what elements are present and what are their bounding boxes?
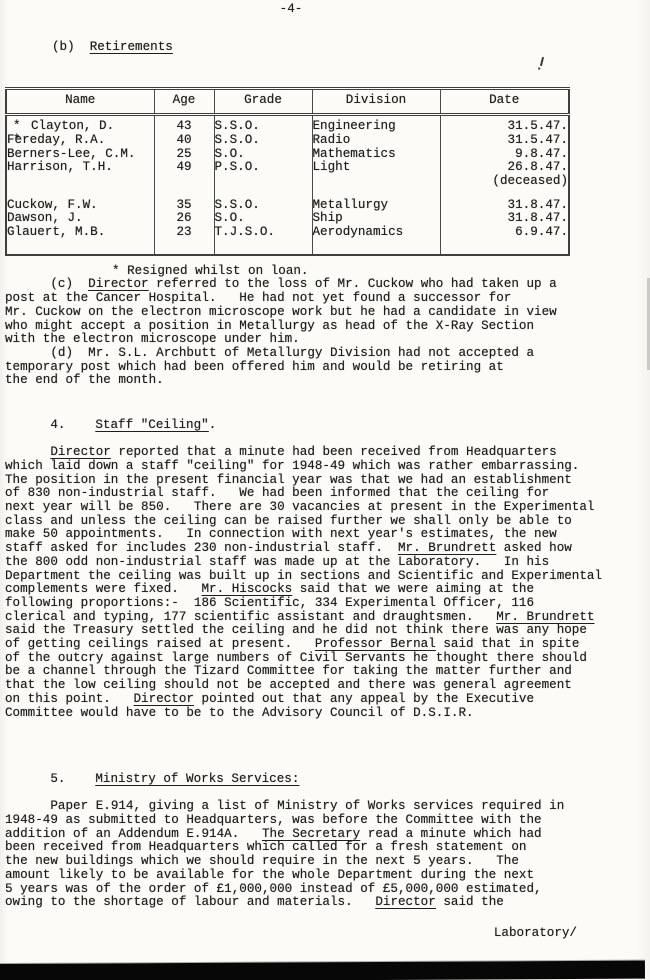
col-header-name: Name	[6, 89, 154, 115]
paragraph-d: (d) Mr. S.L. Archbutt of Metallurgy Divi…	[5, 347, 650, 388]
cell-grade: S.O.	[214, 212, 312, 226]
name-text: Harrison, T.H.	[7, 160, 113, 174]
cell-date: 31.5.47.	[440, 134, 569, 148]
table-row: *Fereday, R.A. 40 S.S.O. Radio 31.5.47.	[6, 134, 569, 148]
cell-division: Light	[312, 161, 440, 188]
section-4-paragraph: Director reported that a minute had been…	[5, 446, 650, 720]
name-text: Dawson, J.	[7, 211, 83, 225]
cell-age: 49	[154, 161, 214, 188]
section-4-number: 4.	[50, 419, 95, 433]
name-text: Cuckow, F.W.	[7, 198, 98, 212]
cell-age: 40	[154, 134, 214, 148]
section-5-number: 5.	[50, 773, 95, 787]
cell-grade: P.S.O.	[214, 161, 312, 188]
table-row: Cuckow, F.W. 35 S.S.O. Metallurgy 31.8.4…	[6, 189, 569, 213]
table-row: Berners-Lee, C.M. 25 S.O. Mathematics 9.…	[6, 148, 569, 162]
footnote-mark: *	[13, 120, 21, 134]
table-header-row: Name Age Grade Division Date	[6, 89, 569, 115]
cell-date: 6.9.47.	[440, 226, 569, 255]
cell-age: 35	[154, 189, 214, 213]
cell-age: 25	[154, 148, 214, 162]
cell-division: Engineering	[312, 115, 440, 134]
cell-date: 26.8.47. (deceased)	[440, 161, 569, 188]
name-text: Berners-Lee, C.M.	[7, 147, 135, 161]
section-b-label: (b)	[52, 40, 75, 54]
retirements-table: Name Age Grade Division Date *Clayton, D…	[5, 87, 570, 255]
document-page: -4- (b)Retirements Name Age Grade Divisi…	[0, 0, 650, 980]
cell-grade: S.S.O.	[214, 115, 312, 134]
scan-bottom-bar	[0, 961, 645, 980]
col-header-age: Age	[154, 89, 214, 115]
cell-date: 9.8.47.	[440, 148, 569, 162]
table-row: Harrison, T.H. 49 P.S.O. Light 26.8.47. …	[6, 161, 569, 188]
section-4-heading: 4.Staff "Ceiling".	[5, 405, 650, 446]
table-row: Glauert, M.B. 23 T.J.S.O. Aerodynamics 6…	[6, 226, 569, 255]
cell-age: 26	[154, 212, 214, 226]
cell-name: *Clayton, D.	[6, 115, 154, 134]
cell-name: Cuckow, F.W.	[6, 189, 154, 213]
footnote-mark: *	[13, 134, 21, 148]
table-row: *Clayton, D. 43 S.S.O. Engineering 31.5.…	[6, 115, 569, 134]
cell-name: Harrison, T.H.	[6, 161, 154, 188]
section-4-title-suffix: .	[209, 418, 217, 432]
col-header-date: Date	[440, 89, 569, 115]
catchword: Laboratory/	[5, 927, 617, 941]
cell-division: Radio	[312, 134, 440, 148]
page-content: -4- (b)Retirements Name Age Grade Divisi…	[5, 0, 650, 941]
section-5-title: Ministry of Works Services:	[95, 772, 299, 786]
cell-division: Ship	[312, 212, 440, 226]
cell-division: Metallurgy	[312, 189, 440, 213]
table-row: Dawson, J. 26 S.O. Ship 31.8.47.	[6, 212, 569, 226]
cell-name: Dawson, J.	[6, 212, 154, 226]
col-header-grade: Grade	[214, 89, 312, 115]
section-b-title: Retirements	[90, 40, 173, 54]
section-b-heading: (b)Retirements	[52, 41, 650, 55]
cell-date: 31.8.47.	[440, 212, 569, 226]
page-number: -4-	[5, 0, 577, 17]
paragraph-c: (c) Director referred to the loss of Mr.…	[5, 278, 650, 347]
cell-name: Berners-Lee, C.M.	[6, 148, 154, 162]
section-5-heading: 5.Ministry of Works Services:	[5, 759, 650, 800]
cell-division: Aerodynamics	[312, 226, 440, 255]
cell-date: 31.8.47.	[440, 189, 569, 213]
cell-name: *Fereday, R.A.	[6, 134, 154, 148]
table-footnote: * Resigned whilst on loan.	[112, 265, 650, 279]
cell-name: Glauert, M.B.	[6, 226, 154, 255]
cell-grade: S.S.O.	[214, 134, 312, 148]
cell-age: 43	[154, 115, 214, 134]
cell-grade: T.J.S.O.	[214, 226, 312, 255]
cell-division: Mathematics	[312, 148, 440, 162]
name-text: Glauert, M.B.	[7, 225, 105, 239]
section-5-paragraph: Paper E.914, giving a list of Ministry o…	[5, 800, 650, 910]
name-text: Fereday, R.A.	[7, 133, 105, 147]
cell-grade: S.O.	[214, 148, 312, 162]
cell-date: 31.5.47.	[440, 115, 569, 134]
name-text: Clayton, D.	[31, 119, 114, 133]
cell-age: 23	[154, 226, 214, 255]
col-header-division: Division	[312, 89, 440, 115]
cell-grade: S.S.O.	[214, 189, 312, 213]
section-4-title: Staff "Ceiling"	[95, 418, 208, 432]
